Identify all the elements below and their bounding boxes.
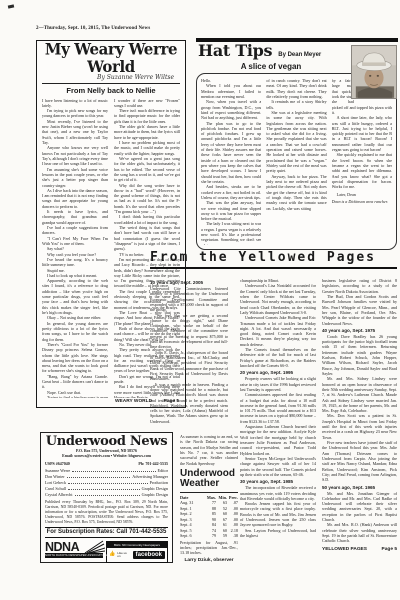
newspaper-page: 2—Thursday, Sept. 10, 2015, The Underwoo… bbox=[0, 0, 400, 600]
weary-column-1: I have been listening to a lot of music … bbox=[42, 98, 108, 398]
paragraph: There's "Good For You" by former Disney … bbox=[42, 342, 108, 374]
yellowed-pages-title: From the Yellowed Pages bbox=[150, 250, 397, 269]
bhg-facebook-box: BHG: ND Community Newspapers 👍 Like us o… bbox=[106, 541, 168, 563]
weather-precip-note: Precipitation for August, .91 inches; pr… bbox=[180, 540, 238, 556]
paragraph: Underwood City Commissioners listened in… bbox=[150, 286, 228, 313]
masthead-phone: Ph: 701-442-5535 bbox=[138, 461, 168, 466]
paragraph: John E. Davis Jr., chairperson of the bo… bbox=[150, 350, 228, 382]
masthead-box: Underwood News P.O. Box 575, Underwood, … bbox=[40, 432, 173, 563]
staff-row: Crystal AlbrechtGraphic Design bbox=[45, 492, 168, 498]
masthead-usps: USPS #647040 bbox=[45, 461, 70, 466]
paragraph: As summer is coming to an end, so is the… bbox=[180, 434, 238, 466]
masthead-usps-phone-row: USPS #647040 Ph: 701-442-5535 bbox=[45, 461, 168, 466]
thumbs-up-icon: 👍 bbox=[109, 552, 115, 557]
weather-cell: 79 bbox=[205, 533, 216, 538]
paragraph: Property owners will be looking at a sli… bbox=[240, 376, 316, 392]
paragraph: of in ranch country. They don't eat meat… bbox=[266, 78, 326, 99]
hattips-column-2: of in ranch country. They don't eat meat… bbox=[266, 78, 326, 245]
paragraph: The lady I was sitting next to was a veg… bbox=[201, 221, 261, 245]
paragraph: Later, Dean bbox=[332, 192, 392, 197]
paragraph: Mrs. Don Scott was a patient in St. Jose… bbox=[322, 413, 397, 440]
paragraph: I'm trying to pick new songs for my youn… bbox=[42, 108, 108, 119]
paragraph: Mr. and Mrs. Jonathan Gienger of Colehar… bbox=[322, 491, 397, 523]
paragraph: Mr. and Mrs. R.O. (Hank) Anderson will c… bbox=[322, 522, 397, 543]
paragraph: It was a match made in heaven. Finding a… bbox=[150, 382, 228, 425]
hattips-headline: A slice of vegan bbox=[198, 62, 344, 71]
dot-leader bbox=[75, 495, 140, 496]
weather-observer: Larry Dziuk, observer bbox=[180, 558, 238, 564]
weary-headline: From Nelly back to Nellie bbox=[42, 86, 180, 95]
masthead-contact: Email: ucnews@westriv.com • Website: bhg… bbox=[45, 454, 168, 459]
paragraph: I have no problem picking most of the mu… bbox=[114, 140, 180, 156]
hattips-byline: By Dean Meyer bbox=[278, 52, 321, 58]
paragraph: Commissioners approved the first reading… bbox=[240, 392, 316, 424]
staff-role: Graphic Design bbox=[142, 492, 168, 498]
yellowed-jump-line: YELLOWED PAGES Page 5 bbox=[322, 547, 397, 553]
paragraph: A short time later, the lady, who was st… bbox=[332, 115, 392, 152]
weather-row: Sept. 67959.38 bbox=[180, 533, 238, 538]
masthead-staff-list: Suzanne WerreEditorDon WinterAdvertising… bbox=[45, 468, 168, 498]
paragraph: Okay – Not using that one either. bbox=[42, 315, 108, 320]
paragraph: Why did the song writer have to throw in… bbox=[114, 183, 180, 215]
divider-rule bbox=[42, 83, 180, 84]
weather-table-body: DateMax.Min.Prec.Aug. 317763.07Sept. 188… bbox=[180, 495, 238, 539]
page-header: 2—Thursday, Sept. 10, 2015, The Underwoo… bbox=[36, 26, 150, 31]
paragraph: The older girls' dances have a little mo… bbox=[114, 124, 180, 140]
paragraph: Sen. Layton Freborg of Underwood, had th… bbox=[240, 528, 316, 539]
paragraph: I don't think having this particular wor… bbox=[114, 214, 180, 225]
yellowed-column-3: business legislative rating of District … bbox=[322, 278, 397, 570]
bhg-body: 👍 Like us on facebook bbox=[107, 548, 167, 562]
columnist-photo bbox=[351, 45, 397, 99]
paragraph: Most recently, I've listened to the new … bbox=[42, 119, 108, 146]
paragraph: Senior Taryn McGregor led Underwood's ch… bbox=[240, 456, 316, 477]
paragraph: Brooks Jensen capped his first year of m… bbox=[240, 501, 316, 528]
weather-cell: 59 bbox=[216, 533, 227, 538]
paragraph: Five new teachers have joined the staff … bbox=[322, 440, 397, 483]
hattips-column-1: Hello.When I told you about our Medora a… bbox=[201, 78, 261, 245]
paragraph: The weird thing is that songs that don't… bbox=[114, 225, 180, 252]
weather-title-line2: Weather bbox=[180, 479, 238, 490]
paragraph: Coach Dave Bradley has 26 young particip… bbox=[322, 334, 397, 377]
paragraph: The Bud, Don and Gordon Scotts and Burwe… bbox=[322, 294, 397, 326]
paragraph: Augustana Lutheran Church burned their m… bbox=[240, 424, 316, 456]
yellowed-column-1-continued: As summer is coming to an end, so is the… bbox=[180, 434, 238, 466]
staff-name: Crystal Albrecht bbox=[45, 492, 73, 498]
jump-label: YELLOWED PAGES bbox=[322, 547, 367, 553]
paragraph: The plan was to go to the pitchfork fond… bbox=[201, 121, 261, 185]
weather-table: DateMax.Min.Prec.Aug. 317763.07Sept. 188… bbox=[180, 495, 238, 539]
ndna-logo: NDNA NORTH DAKOTA NEWSPAPER ASSOCIATION bbox=[45, 541, 103, 563]
paragraph: She was at a legislative meeting in some… bbox=[266, 110, 326, 174]
paragraph: Dean is a Dickinson area rancher. bbox=[332, 199, 392, 204]
paragraph: There isn't much difference in trying to… bbox=[114, 108, 180, 124]
paragraph: It needs to have lyrics, and choreograph… bbox=[42, 209, 108, 225]
yellowed-column-2: championship in Minot.Underwood's Lisa N… bbox=[240, 278, 316, 570]
paragraph: Underwood Comets Jake Hulberg and Eric T… bbox=[240, 315, 316, 347]
jump-label: WEARY WORLD bbox=[115, 399, 152, 404]
weather-cell: .38 bbox=[227, 533, 238, 538]
paragraph: Now, when you travel with a group from W… bbox=[201, 99, 261, 120]
weather-column: As summer is coming to an end, so is the… bbox=[180, 434, 238, 565]
dot-leader bbox=[67, 477, 131, 478]
paragraph: I've had a couple suggestions from dance… bbox=[42, 225, 108, 236]
paragraph: Trying to find a hip-hop song is even ha… bbox=[42, 395, 108, 398]
paragraph: That was the plan anyway, but we were vi… bbox=[201, 200, 261, 221]
paragraph: The Comets found themselves on the defen… bbox=[240, 347, 316, 368]
scan-artifact bbox=[8, 4, 14, 8]
paragraph: It reminds me of a story Shirley tells. bbox=[266, 99, 326, 110]
paragraph: I'm assuming she's had some voice lesson… bbox=[42, 167, 108, 188]
paragraph: The incorporation of Riverdale received … bbox=[240, 485, 316, 501]
paragraph: I've heard the song. It's a bouncy littl… bbox=[42, 257, 108, 268]
paragraph: Anyway, back to bar pizza. The lady next… bbox=[266, 174, 326, 211]
masthead-legal-text: Published every Thursday by BHG, Inc., P… bbox=[45, 500, 168, 524]
hattips-title: Hat Tips bbox=[198, 43, 272, 59]
hattips-article-box: Hello.When I told you about our Medora a… bbox=[196, 73, 397, 250]
paragraph: And besides, steaks are to be cooked ove… bbox=[201, 184, 261, 200]
paragraph: business legislative rating of District … bbox=[322, 278, 397, 294]
paragraph: She quickly explained to me that she lov… bbox=[332, 152, 392, 189]
dot-leader bbox=[68, 489, 140, 490]
masthead-title: Underwood News bbox=[45, 435, 168, 449]
weather-title: Underwood Weather bbox=[180, 469, 238, 493]
yellowed-column-1: 10 years ago, Sept. 2005Underwood City C… bbox=[150, 278, 228, 430]
ndna-wordmark: NDNA bbox=[45, 541, 103, 554]
dot-leader bbox=[72, 471, 155, 472]
masthead-logos-row: NDNA NORTH DAKOTA NEWSPAPER ASSOCIATION … bbox=[45, 541, 168, 563]
paragraph: As I dive back into the dance season, I … bbox=[42, 188, 108, 209]
paragraph: We've agreed on a great jazz song for th… bbox=[114, 156, 180, 183]
paragraph: I have been listening to a lot of music … bbox=[42, 98, 108, 109]
dot-leader bbox=[68, 483, 148, 484]
ndna-association-label: NORTH DAKOTA NEWSPAPER ASSOCIATION bbox=[45, 553, 103, 558]
paragraph: When I told you about our Medora adventu… bbox=[201, 83, 261, 99]
paragraph: Underwood's Lisa Nostdahl accounted for … bbox=[240, 283, 316, 315]
paragraph: Mr. and Mrs. Sidney Lindsey were honored… bbox=[322, 376, 397, 413]
hattips-column-3: by a fairly large man that quickly took … bbox=[332, 78, 392, 245]
paragraph: Anyone who knows me very well knows I'm … bbox=[42, 145, 108, 166]
jump-page: Page 5 bbox=[382, 547, 397, 553]
paragraph: I wonder if there are new "Frozen" songs… bbox=[114, 98, 180, 109]
paragraph: "We feel like we are getting a second ch… bbox=[150, 313, 228, 350]
weather-cell: Sept. 6 bbox=[180, 533, 205, 538]
paragraph: In general, the young dancers are pretty… bbox=[42, 321, 108, 342]
like-us-label: Like us on bbox=[117, 552, 130, 558]
paragraph: Apparently, according to the web sites I… bbox=[42, 278, 108, 315]
paragraph: "I Can't Feel My Face When I'm With You"… bbox=[42, 236, 108, 247]
subscription-banner: For Subscription Rates: Call 701-442-553… bbox=[45, 527, 168, 538]
facebook-wordmark: facebook bbox=[133, 551, 165, 559]
yellowed-column-3-text: business legislative rating of District … bbox=[322, 278, 397, 544]
weary-column-title: My Weary Werre World bbox=[42, 42, 180, 76]
paragraph: "Bang, Bang" by Ariana Grande. Great bea… bbox=[42, 374, 108, 390]
